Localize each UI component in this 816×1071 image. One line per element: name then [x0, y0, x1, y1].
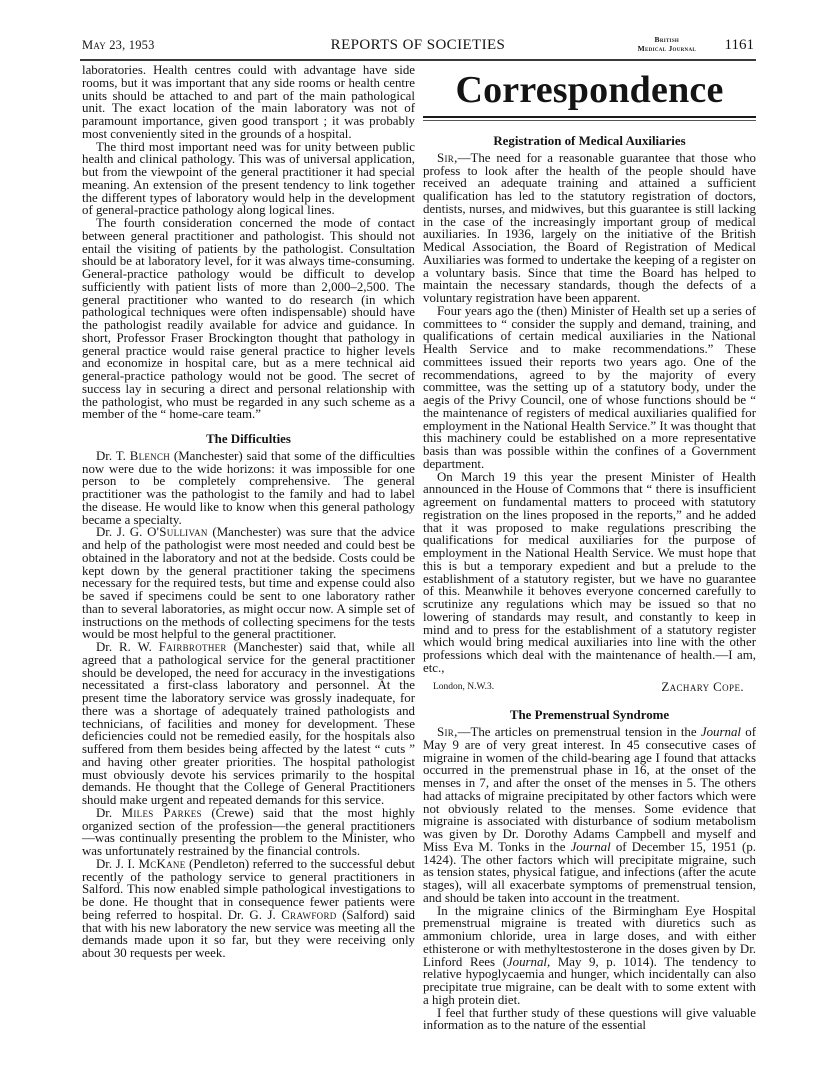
correspondence-title: Correspondence [423, 68, 756, 112]
paragraph: laboratories. Health centres could with … [82, 64, 415, 141]
header-rule [80, 59, 756, 61]
speech-paragraph: Dr. Miles Parkes (Crewe) said that the m… [82, 807, 415, 858]
letter-paragraph: In the migraine clinics of the Birmingha… [423, 905, 756, 1007]
running-header: May 23, 1953 REPORTS OF SOCIETIES Britis… [82, 36, 754, 58]
subheading-difficulties: The Difficulties [82, 433, 415, 446]
right-column: Correspondence Registration of Medical A… [423, 64, 756, 1032]
letter-paragraph: On March 19 this year the present Minist… [423, 471, 756, 675]
letter-signoff: London, N.W.3. Zachary Cope. [423, 681, 756, 694]
speech-paragraph: Dr. J. G. O'Sullivan (Manchester) was su… [82, 526, 415, 641]
letter-text: —The need for a reasonable guarantee tha… [423, 151, 756, 305]
journal-name-line2: Medical Journal [638, 44, 696, 53]
paragraph: The fourth consideration concerned the m… [82, 217, 415, 421]
letter-place: London, N.W.3. [423, 681, 494, 694]
letter-paragraph: I feel that further study of these quest… [423, 1007, 756, 1033]
left-column: laboratories. Health centres could with … [82, 64, 415, 960]
title-double-rule [423, 116, 756, 121]
letter-heading: Registration of Medical Auxiliaries [423, 135, 756, 148]
letter-paragraph: Sir,—The articles on premenstrual tensio… [423, 726, 756, 905]
speech-paragraph: Dr. T. Blench (Manchester) said that som… [82, 450, 415, 527]
letter-paragraph: Sir,—The need for a reasonable guarantee… [423, 152, 756, 305]
speech-text: (Manchester) said that, while all agreed… [82, 640, 415, 807]
letter-heading: The Premenstrual Syndrome [423, 709, 756, 722]
speech-paragraph: Dr. J. I. McKane (Pendleton) referred to… [82, 858, 415, 960]
speech-text: (Manchester) was sure that the advice an… [82, 525, 415, 641]
paragraph: The third most important need was for un… [82, 141, 415, 218]
page-number: 1161 [725, 37, 754, 54]
letter-text: of May 9 are of very great interest. In … [423, 725, 756, 854]
letter-paragraph: Four years ago the (then) Minister of He… [423, 305, 756, 471]
letter-signer: Zachary Cope. [661, 681, 756, 694]
speech-paragraph: Dr. R. W. Fairbrother (Manchester) said … [82, 641, 415, 807]
journal-name: British Medical Journal [638, 36, 696, 53]
